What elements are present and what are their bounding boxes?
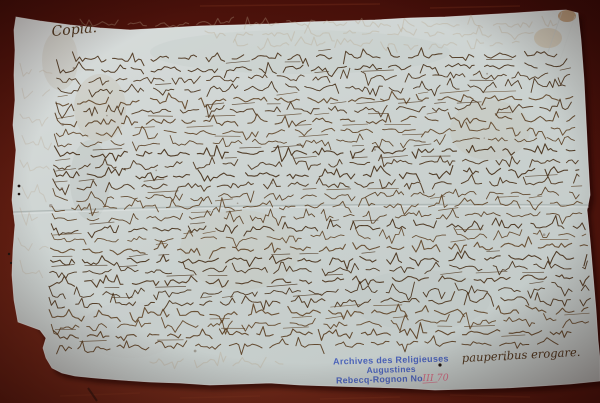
photo-frame: Copia. pauperibus erogare. Archives des … [0,0,600,403]
photo-vignette [0,0,600,403]
manuscript-photo: Copia. pauperibus erogare. Archives des … [0,0,600,403]
